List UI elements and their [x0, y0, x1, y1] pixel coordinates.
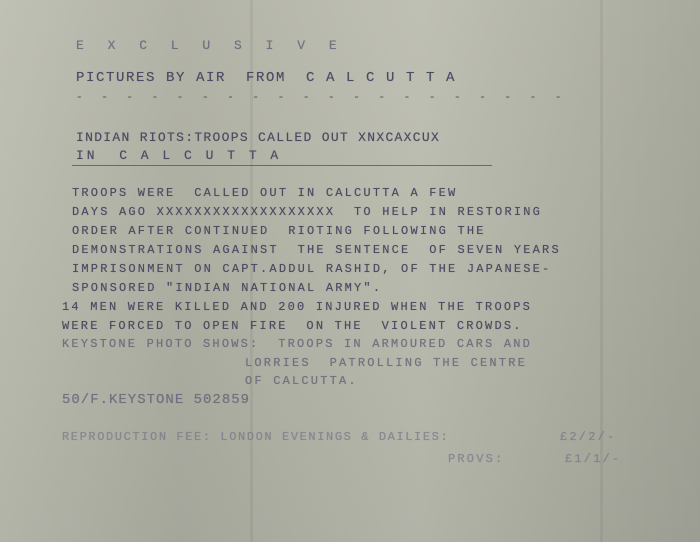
provs-label: PROVS:	[448, 452, 504, 466]
reproduction-fee-value: £2/2/-	[560, 430, 616, 444]
caption-line-2: LORRIES PATROLLING THE CENTRE	[245, 356, 527, 370]
headline-underline	[72, 165, 492, 166]
headline-line-2: IN C A L C U T T A	[76, 148, 281, 163]
body-line-3: ORDER AFTER CONTINUED RIOTING FOLLOWING …	[72, 224, 486, 238]
headline-line-1: INDIAN RIOTS:TROOPS CALLED OUT XNXCAXCUX	[76, 130, 440, 145]
body-line-5: IMPRISONMENT ON CAPT.ADDUL RASHID, OF TH…	[72, 262, 551, 276]
reproduction-fee-label: REPRODUCTION FEE: LONDON EVENINGS & DAIL…	[62, 430, 449, 444]
caption-line-3: OF CALCUTTA.	[245, 374, 358, 388]
keystone-reference: 50/F.KEYSTONE 502859	[62, 392, 250, 408]
body-line-8: WERE FORCED TO OPEN FIRE ON THE VIOLENT …	[62, 319, 523, 333]
body-line-1: TROOPS WERE CALLED OUT IN CALCUTTA A FEW	[72, 186, 457, 200]
provs-value: £1/1/-	[565, 452, 621, 466]
exclusive-label: E X C L U S I V E	[76, 38, 345, 53]
body-line-4: DEMONSTRATIONS AGAINST THE SENTENCE OF S…	[72, 243, 561, 257]
dash-separator: - - - - - - - - - - - - - - - - - - - -	[76, 92, 567, 104]
body-line-2: DAYS AGO XXXXXXXXXXXXXXXXXXX TO HELP IN …	[72, 205, 542, 219]
caption-line-1: KEYSTONE PHOTO SHOWS: TROOPS IN ARMOURED…	[62, 337, 532, 351]
body-line-7: 14 MEN WERE KILLED AND 200 INJURED WHEN …	[62, 300, 532, 314]
body-line-6: SPONSORED "INDIAN NATIONAL ARMY".	[72, 281, 382, 295]
pictures-by-air-title: PICTURES BY AIR FROM C A L C U T T A	[76, 70, 456, 86]
